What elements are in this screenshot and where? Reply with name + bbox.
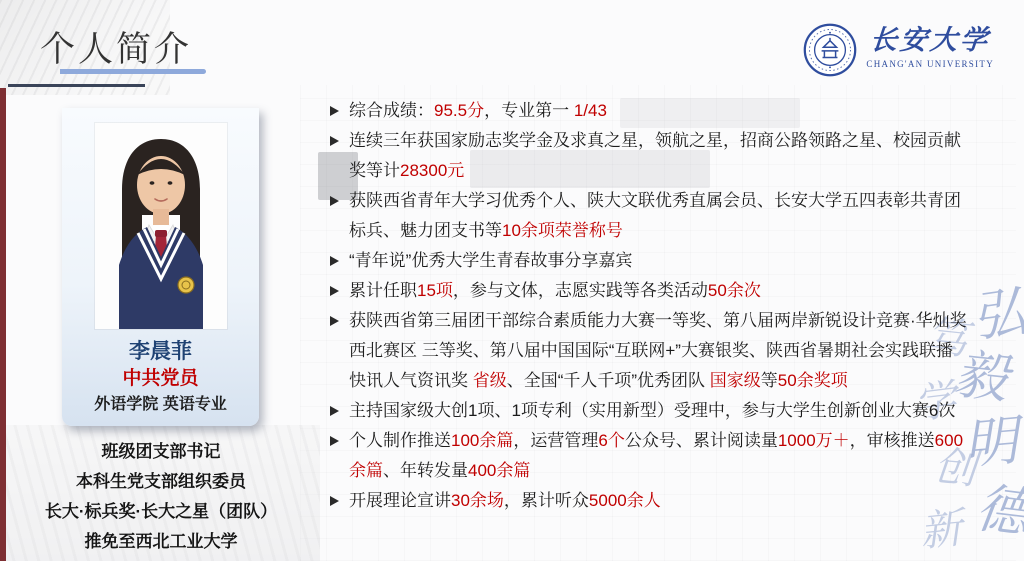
achievement-text: 连续三年获国家励志奖学金及求真之星，领航之星，招商公路领路之星、校园贡献奖等计2… (349, 126, 969, 186)
university-name-zh: 长安大学 (869, 26, 992, 56)
college-major: 外语学院 英语专业 (62, 392, 259, 418)
university-logo: 长安大学 CHANG'AN UNIVERSITY (802, 22, 994, 78)
list-item: 获陕西省第三届团干部综合素质能力大赛一等奖、第八届两岸新锐设计竞赛·华灿奖 西北… (330, 306, 978, 396)
role-line: 长大·标兵奖·长大之星（团队） (0, 497, 322, 527)
list-item: “青年说”优秀大学生青春故事分享嘉宾 (330, 246, 978, 276)
list-item: 开展理论宣讲30余场，累计听众5000余人 (330, 486, 978, 516)
student-portrait-photo (95, 123, 227, 329)
university-seal-icon (802, 22, 858, 78)
arrow-bullet-icon (330, 496, 339, 506)
arrow-bullet-icon (330, 136, 339, 146)
arrow-bullet-icon (330, 406, 339, 416)
roles-list: 班级团支部书记本科生党支部组织委员长大·标兵奖·长大之星（团队）推免至西北工业大… (0, 437, 322, 557)
achievement-text: 累计任职15项，参与文体，志愿实践等各类活动50余次 (349, 276, 969, 306)
list-item: 主持国家级大创1项、1项专利（实用新型）受理中，参与大学生创新创业大赛6次 (330, 396, 978, 426)
motto-character: 德 (973, 481, 1024, 541)
role-line: 班级团支部书记 (0, 437, 322, 467)
achievement-text: 获陕西省第三届团干部综合素质能力大赛一等奖、第八届两岸新锐设计竞赛·华灿奖 西北… (349, 306, 969, 396)
list-item: 个人制作推送100余篇，运营管理6个公众号、累计阅读量1000万＋，审核推送60… (330, 426, 978, 486)
achievement-text: 获陕西省青年大学习优秀个人、陕大文联优秀直属会员、长安大学五四表彰共青团标兵、魅… (349, 186, 969, 246)
arrow-bullet-icon (330, 106, 339, 116)
slide: 弘毅明德 笃学创新 个人简介 长安大学 CHANG'AN UNIVERSITY (0, 0, 1024, 561)
achievement-text: 主持国家级大创1项、1项专利（实用新型）受理中，参与大学生创新创业大赛6次 (349, 396, 969, 426)
achievement-text: 开展理论宣讲30余场，累计听众5000余人 (349, 486, 969, 516)
student-name: 李晨菲 (62, 339, 259, 365)
title-underline-navy (8, 84, 145, 87)
role-line: 本科生党支部组织委员 (0, 467, 322, 497)
list-item: 连续三年获国家励志奖学金及求真之星，领航之星，招商公路领路之星、校园贡献奖等计2… (330, 126, 978, 186)
arrow-bullet-icon (330, 256, 339, 266)
list-item: 综合成绩：95.5分，专业第一 1/43 (330, 96, 978, 126)
list-item: 获陕西省青年大学习优秀个人、陕大文联优秀直属会员、长安大学五四表彰共青团标兵、魅… (330, 186, 978, 246)
profile-card: 李晨菲 中共党员 外语学院 英语专业 (62, 108, 259, 426)
arrow-bullet-icon (330, 196, 339, 206)
achievement-text: 个人制作推送100余篇，运营管理6个公众号、累计阅读量1000万＋，审核推送60… (349, 426, 969, 486)
arrow-bullet-icon (330, 436, 339, 446)
achievement-text: “青年说”优秀大学生青春故事分享嘉宾 (349, 246, 969, 276)
page-title: 个人简介 (40, 22, 192, 72)
achievement-text: 综合成绩：95.5分，专业第一 1/43 (349, 96, 969, 126)
title-underline-blue (60, 69, 206, 74)
role-line: 推免至西北工业大学 (0, 527, 322, 557)
arrow-bullet-icon (330, 316, 339, 326)
university-name-en: CHANG'AN UNIVERSITY (866, 59, 994, 69)
list-item: 累计任职15项，参与文体，志愿实践等各类活动50余次 (330, 276, 978, 306)
achievement-list: 综合成绩：95.5分，专业第一 1/43连续三年获国家励志奖学金及求真之星，领航… (330, 96, 978, 516)
party-status: 中共党员 (62, 365, 259, 392)
arrow-bullet-icon (330, 286, 339, 296)
